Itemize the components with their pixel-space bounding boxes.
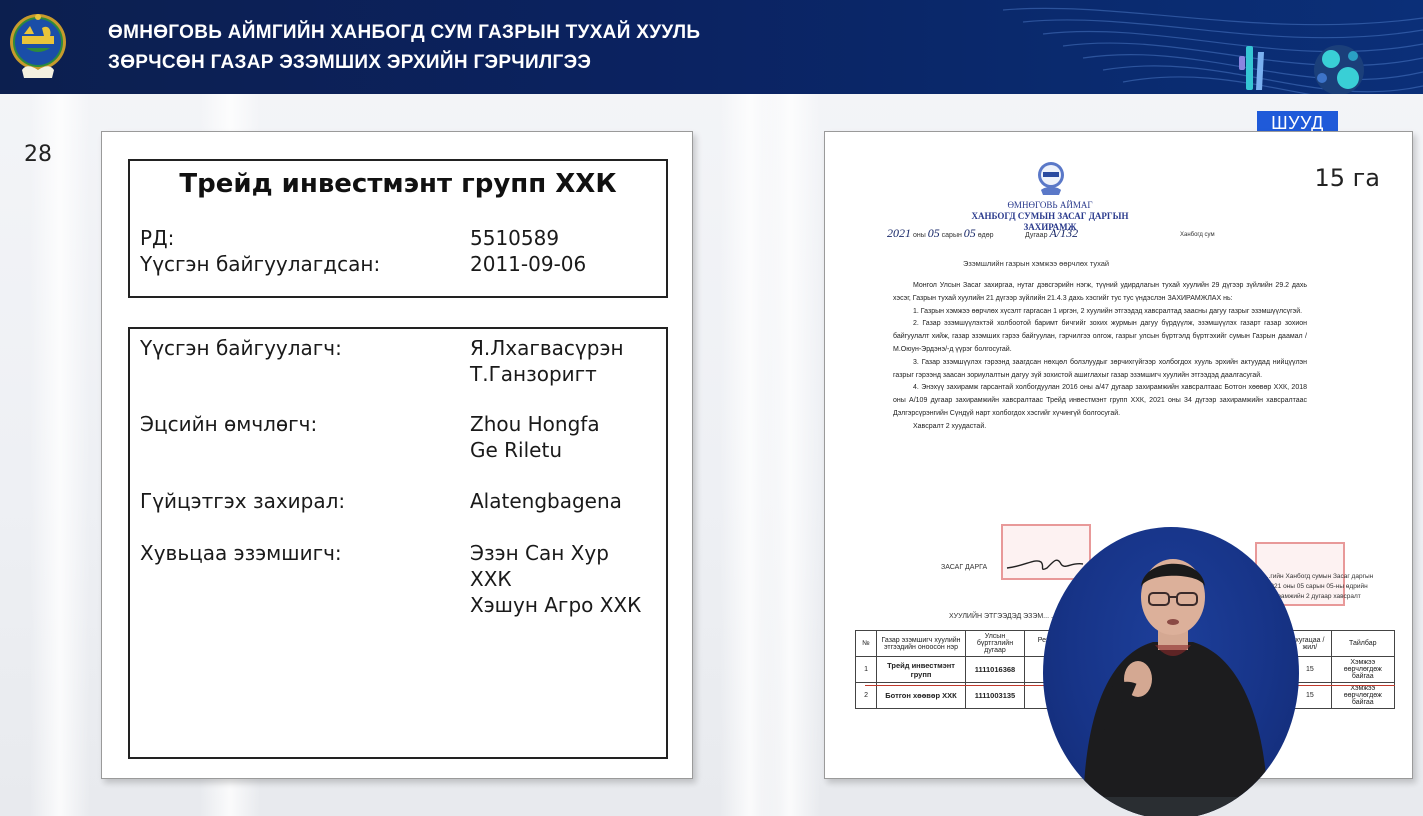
signature-icon bbox=[1005, 552, 1085, 576]
beneficial-owner-label: Эцсийн өмчлөгч: bbox=[140, 411, 317, 437]
slide-number: 28 bbox=[24, 142, 52, 167]
shareholder-value-1: Эзэн Сан Хур bbox=[470, 540, 609, 566]
beneficial-owner-value-2: Ge Riletu bbox=[470, 437, 562, 463]
mongolia-state-emblem-icon bbox=[6, 8, 70, 84]
doc-header-line-1: ӨМНӨГОВЬ АЙМАГ bbox=[825, 200, 1275, 210]
executive-director-value: Alatengbagena bbox=[470, 488, 622, 514]
header-banner: ӨМНӨГОВЬ АЙМГИЙН ХАНБОГД СУМ ГАЗРЫН ТУХА… bbox=[0, 0, 1423, 94]
shareholder-value-2: ХХК bbox=[470, 566, 512, 592]
document-emblem-icon bbox=[1035, 160, 1067, 196]
doc-subject: Эзэмшлийн газрын хэмжээ өөрчлөх тухай bbox=[963, 259, 1109, 268]
doc-body: Монгол Улсын Засаг захиргаа, нутаг дэвсг… bbox=[893, 280, 1307, 434]
land-area: 15 га bbox=[1315, 164, 1380, 192]
doc-paragraph: 1. Газрын хэмжээ өөрчлөх хүсэлт гаргасан… bbox=[893, 306, 1307, 319]
company-name: Трейд инвестмэнт групп ХХК bbox=[130, 169, 666, 199]
banner-title-line-2: ЗӨРЧСӨН ГАЗАР ЭЗЭМШИХ ЭРХИЙН ГЭРЧИЛГЭЭ bbox=[108, 48, 700, 78]
sign-language-interpreter-video bbox=[1043, 527, 1299, 816]
doc-paragraph: 4. Энэхүү захирамж гарсантай холбогдуула… bbox=[893, 382, 1307, 420]
doc-paragraph: Хавсралт 2 хуудастай. bbox=[893, 421, 1307, 434]
signature-label: ЗАСАГ ДАРГА bbox=[941, 564, 987, 571]
shareholder-label: Хувьцаа эзэмшигч: bbox=[140, 540, 342, 566]
banner-title-line-1: ӨМНӨГОВЬ АЙМГИЙН ХАНБОГД СУМ ГАЗРЫН ТУХА… bbox=[108, 18, 700, 48]
date-month: 05 bbox=[928, 226, 940, 240]
founded-value: 2011-09-06 bbox=[470, 251, 586, 277]
doc-paragraph: 2. Газар эзэмшүүлэхтэй холбоотой баримт … bbox=[893, 318, 1307, 356]
doc-header-line-2: ХАНБОГД СУМЫН ЗАСАГ ДАРГЫН bbox=[825, 211, 1275, 221]
reg-label: РД: bbox=[140, 225, 174, 251]
company-info-card: Трейд инвестмэнт групп ХХК РД: 5510589 Ү… bbox=[101, 131, 693, 779]
doc-date: 2021 оны 05 сарын 05 өдөр bbox=[887, 226, 994, 241]
doc-place: Ханбогд сум bbox=[1180, 232, 1215, 238]
doc-number: Дугаар А/132 bbox=[1025, 226, 1078, 241]
doc-paragraph: Монгол Улсын Засаг захиргаа, нутаг дэвсг… bbox=[893, 280, 1307, 306]
company-details-box: Үүсгэн байгуулагч: Я.Лхагвасүрэн Т.Ганзо… bbox=[128, 327, 668, 759]
founder-value-2: Т.Ганзоригт bbox=[470, 361, 597, 387]
shareholder-value-3: Хэшун Агро ХХК bbox=[470, 592, 641, 618]
founded-label: Үүсгэн байгуулагдсан: bbox=[140, 251, 380, 277]
executive-director-label: Гүйцэтгэх захирал: bbox=[140, 488, 345, 514]
founder-value-1: Я.Лхагвасүрэн bbox=[470, 335, 624, 361]
company-summary-box: Трейд инвестмэнт групп ХХК РД: 5510589 Ү… bbox=[128, 159, 668, 298]
founder-label: Үүсгэн байгуулагч: bbox=[140, 335, 342, 361]
date-year: 2021 bbox=[887, 226, 911, 240]
doc-number-value: А/132 bbox=[1049, 226, 1078, 240]
table-title: ХУУЛИЙН ЭТГЭЭДЭД ЭЗЭМ... ...АА bbox=[949, 613, 1066, 620]
beneficial-owner-value-1: Zhou Hongfa bbox=[470, 411, 600, 437]
date-day: 05 bbox=[964, 226, 976, 240]
annex-note: ...гийн Ханбогд сумын Засаг даргын ...02… bbox=[1265, 572, 1373, 602]
banner-title: ӨМНӨГОВЬ АЙМГИЙН ХАНБОГД СУМ ГАЗРЫН ТУХА… bbox=[108, 18, 700, 78]
reg-value: 5510589 bbox=[470, 225, 559, 251]
interpreter-figure bbox=[1043, 527, 1299, 816]
tv-channel-logo-icon bbox=[1236, 42, 1366, 94]
doc-paragraph: 3. Газар эзэмшүүлэх гэрээнд заагдсан нөх… bbox=[893, 357, 1307, 383]
